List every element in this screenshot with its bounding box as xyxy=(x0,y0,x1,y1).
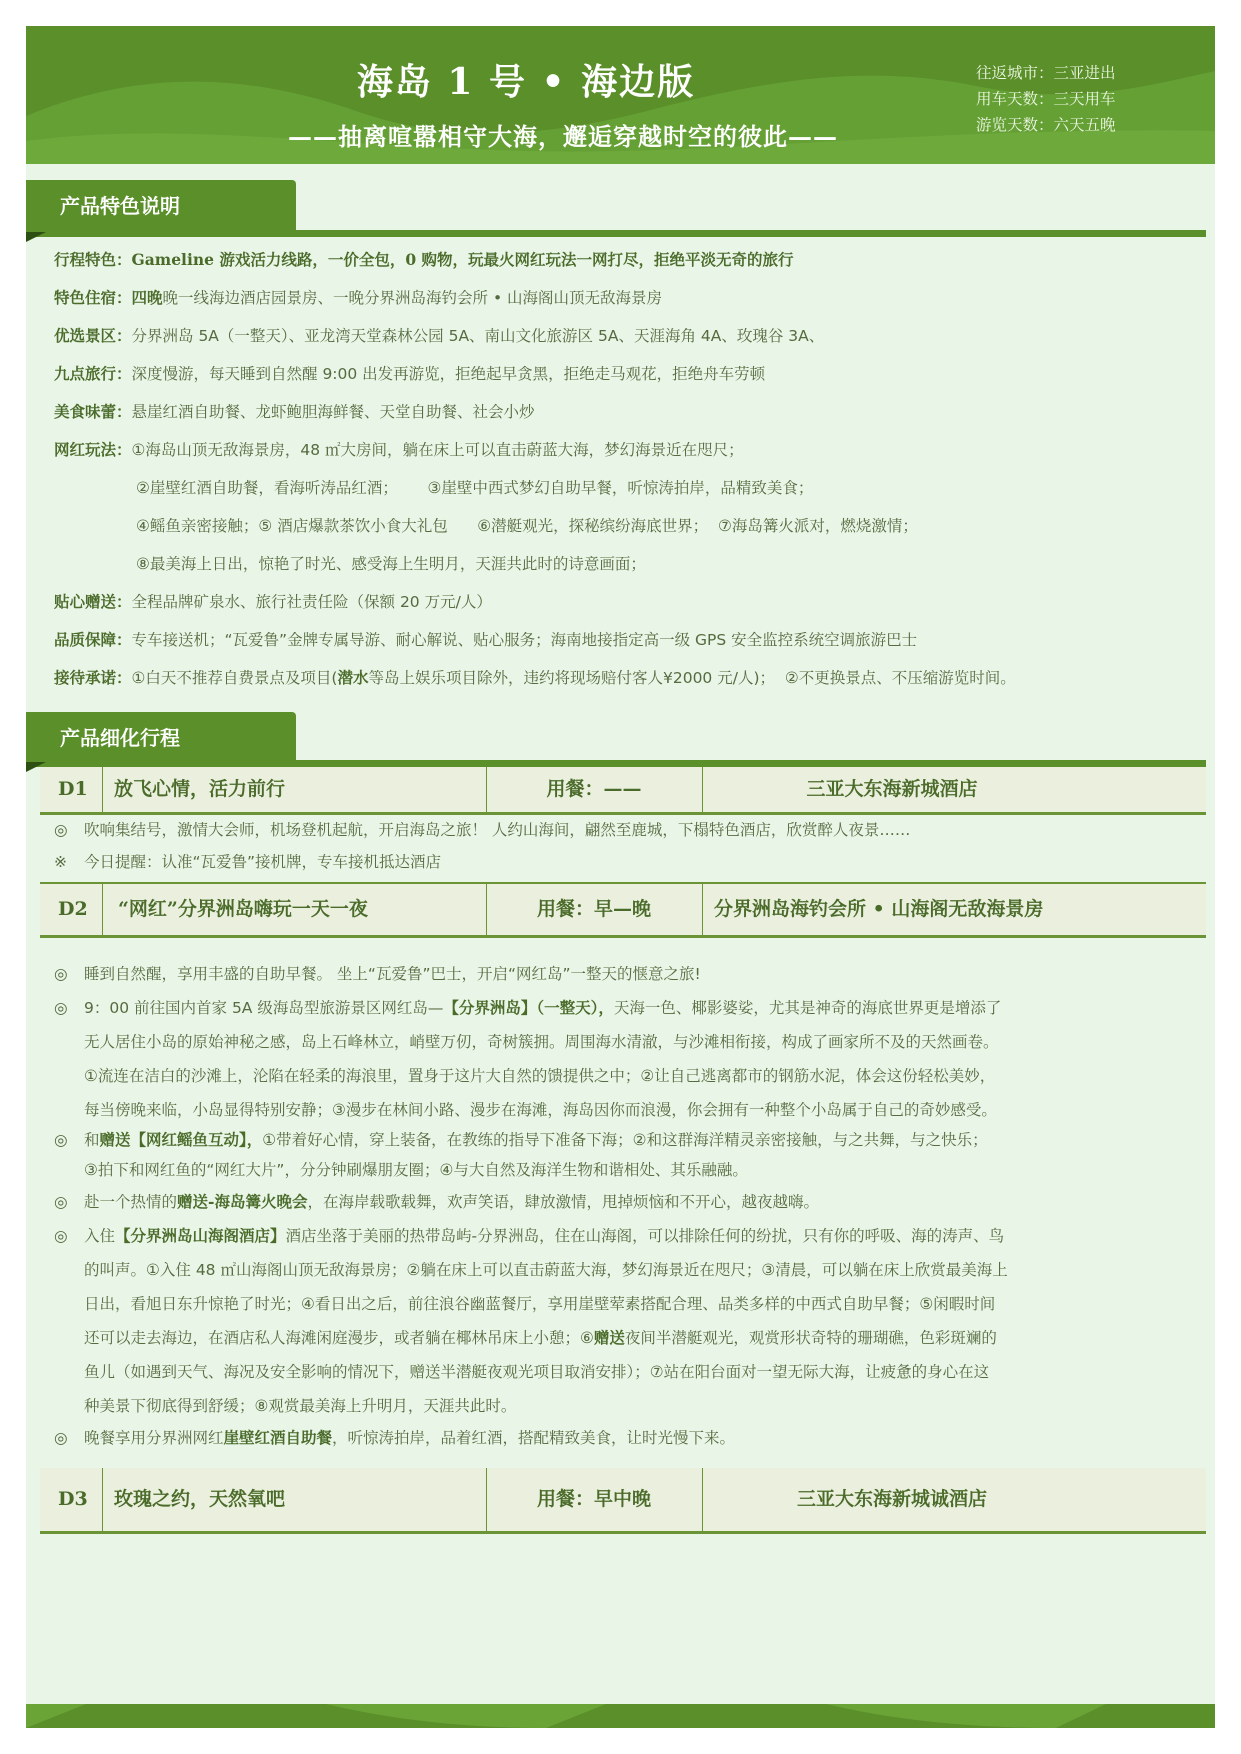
footer-wave-icon xyxy=(26,1704,1215,1728)
day-hotel: 分界洲岛海钓会所 • 山海阁无敌海景房 xyxy=(714,884,1043,935)
cell-divider xyxy=(702,884,703,935)
tab-fold-decoration xyxy=(26,232,46,242)
day-detail-continuation: ③拍下和网红鱼的“网红大片”，分分钟刷爆朋友圈；④与大自然及海洋生物和谐相处、其… xyxy=(84,1158,748,1180)
day-meals: 用餐：早—晚 xyxy=(486,884,702,935)
day-title: “网红”分界洲岛嗨玩一天一夜 xyxy=(118,884,368,935)
cell-divider xyxy=(102,767,103,812)
day-detail-continuation: 种美景下彻底得到舒缓；⑧观赏最美海上升明月，天涯共此时。 xyxy=(84,1394,516,1416)
brochure-page: 海岛 1 号 • 海边版 ——抽离喧嚣相守大海，邂逅穿越时空的彼此—— 往返城市… xyxy=(26,26,1215,1728)
footer-band xyxy=(26,1704,1215,1728)
day-hotel: 三亚大东海新城酒店 xyxy=(702,767,1082,812)
feature-quality: 品质保障：专车接送机；“瓦爱鲁”金牌专属导游、耐心解说、贴心服务；海南地接指定高… xyxy=(54,628,917,650)
info-car-days: 用车天数：三天用车 xyxy=(976,86,1116,112)
feature-lodging: 特色住宿：四晚晚一线海边酒店园景房、一晚分界洲岛海钓会所 • 山海阁山顶无敌海景… xyxy=(54,286,662,308)
section-tab-itinerary: 产品细化行程 xyxy=(26,712,296,764)
day-detail-line: ◎赴一个热情的赠送-海岛篝火晚会，在海岸载歌载舞，欢声笑语，肆放激情，甩掉烦恼和… xyxy=(54,1190,819,1212)
feature-play: 网红玩法：①海岛山顶无敌海景房，48 ㎡大房间，躺在床上可以直击蔚蓝大海，梦幻海… xyxy=(54,438,744,460)
play-line: ④鳐鱼亲密接触；⑤ 酒店爆款茶饮小食大礼包 ⑥潜艇观光，探秘缤纷海底世界； ⑦海… xyxy=(136,514,918,536)
day-label: D2 xyxy=(58,884,88,935)
day-title: 玫瑰之约，天然氧吧 xyxy=(114,1468,285,1531)
day-detail-line: ◎9：00 前往国内首家 5A 级海岛型旅游景区网红岛—【分界洲岛】（一整天），… xyxy=(54,996,1001,1018)
section-divider xyxy=(26,230,1206,237)
day-hotel: 三亚大东海新城诚酒店 xyxy=(702,1468,1082,1531)
feature-nine-oclock: 九点旅行：深度慢游，每天睡到自然醒 9:00 出发再游览，拒绝起早贪黑，拒绝走马… xyxy=(54,362,765,384)
feature-itinerary: 行程特色：Gameline 游戏活力线路，一价全包，0 购物，玩最火网红玩法一网… xyxy=(54,248,794,270)
day-detail-continuation: ①流连在洁白的沙滩上，沦陷在轻柔的海浪里，置身于这片大自然的馈提供之中；②让自己… xyxy=(84,1064,995,1086)
day-label: D1 xyxy=(58,767,88,812)
day-detail-continuation: 还可以走去海边，在酒店私人海滩闲庭漫步，或者躺在椰林吊床上小憩；⑥赠送夜间半潜艇… xyxy=(84,1326,997,1348)
page-title: 海岛 1 号 • 海边版 xyxy=(26,54,1026,105)
section-tab-features: 产品特色说明 xyxy=(26,180,296,232)
info-tour-days: 游览天数：六天五晚 xyxy=(976,112,1116,138)
page-subtitle: ——抽离喧嚣相守大海，邂逅穿越时空的彼此—— xyxy=(288,117,838,152)
day-detail-line: ◎晚餐享用分界洲网红崖壁红酒自助餐，听惊涛拍岸，品着红酒，搭配精致美食，让时光慢… xyxy=(54,1426,735,1448)
day-meals: 用餐：早中晚 xyxy=(486,1468,702,1531)
cell-divider xyxy=(102,1468,103,1531)
play-line: ②崖壁红酒自助餐，看海听涛品红酒； ③崖壁中西式梦幻自助早餐，听惊涛拍岸，品精致… xyxy=(136,476,813,498)
feature-sights: 优选景区：分界洲岛 5A（一整天）、亚龙湾天堂森林公园 5A、南山文化旅游区 5… xyxy=(54,324,824,346)
day-detail-continuation: 鱼儿（如遇到天气、海况及安全影响的情况下，赠送半潜艇夜观光项目取消安排）；⑦站在… xyxy=(84,1360,989,1382)
feature-food: 美食味蕾：悬崖红酒自助餐、龙虾鲍胆海鲜餐、天堂自助餐、社会小炒 xyxy=(54,400,535,422)
day-detail-line: ◎和赠送【网红鳐鱼互动】，①带着好心情，穿上装备，在教练的指导下准备下海；②和这… xyxy=(54,1128,988,1150)
day-detail-continuation: 每当傍晚来临，小岛显得特别安静；③漫步在林间小路、漫步在海滩，海岛因你而浪漫，你… xyxy=(84,1098,997,1120)
day-title: 放飞心情，活力前行 xyxy=(114,767,285,812)
header-banner: 海岛 1 号 • 海边版 ——抽离喧嚣相守大海，邂逅穿越时空的彼此—— 往返城市… xyxy=(26,26,1215,164)
day-detail-continuation: 的叫声。①入住 48 ㎡山海阁山顶无敌海景房；②躺在床上可以直击蔚蓝大海，梦幻海… xyxy=(84,1258,1008,1280)
cell-divider xyxy=(102,884,103,935)
info-city: 往返城市：三亚进出 xyxy=(976,60,1116,86)
day-detail-line: ◎入住【分界洲岛山海阁酒店】酒店坐落于美丽的热带岛屿-分界洲岛，住在山海阁，可以… xyxy=(54,1224,1004,1246)
play-line: ⑧最美海上日出，惊艳了时光、感受海上生明月，天涯共此时的诗意画面； xyxy=(136,552,646,574)
day-row-d2: D2 “网红”分界洲岛嗨玩一天一夜 用餐：早—晚 分界洲岛海钓会所 • 山海阁无… xyxy=(40,884,1206,938)
day-detail-continuation: 无人居住小岛的原始神秘之感，岛上石峰林立，峭壁万仞，奇树簇拥。周围海水清澈，与沙… xyxy=(84,1030,999,1052)
section-divider xyxy=(26,760,1206,767)
day-reminder-line: ※今日提醒：认准“瓦爱鲁”接机牌，专车接机抵达酒店 xyxy=(54,850,441,872)
day-detail-line: ◎睡到自然醒，享用丰盛的自助早餐。 坐上“瓦爱鲁”巴士，开启“网红岛”一整天的惬… xyxy=(54,962,701,984)
feature-promise: 接待承诺：①白天不推荐自费景点及项目(潜水等岛上娱乐项目除外，违约将现场赔付客人… xyxy=(54,666,1016,688)
day-detail-continuation: 日出，看旭日东升惊艳了时光；④看日出之后，前往浪谷幽蓝餐厅，享用崖壁荤素搭配合理… xyxy=(84,1292,995,1314)
day-meals: 用餐：—— xyxy=(486,767,702,812)
day-detail-line: ◎吹响集结号，激情大会师，机场登机起航，开启海岛之旅！ 人约山海间，翩然至鹿城，… xyxy=(54,818,910,840)
day-label: D3 xyxy=(58,1468,88,1531)
feature-gifts: 贴心赠送：全程品牌矿泉水、旅行社责任险（保额 20 万元/人） xyxy=(54,590,492,612)
trip-info: 往返城市：三亚进出 用车天数：三天用车 游览天数：六天五晚 xyxy=(976,60,1116,138)
day-row-d1: D1 放飞心情，活力前行 用餐：—— 三亚大东海新城酒店 xyxy=(40,767,1206,815)
day-row-d3: D3 玫瑰之约，天然氧吧 用餐：早中晚 三亚大东海新城诚酒店 xyxy=(40,1468,1206,1534)
